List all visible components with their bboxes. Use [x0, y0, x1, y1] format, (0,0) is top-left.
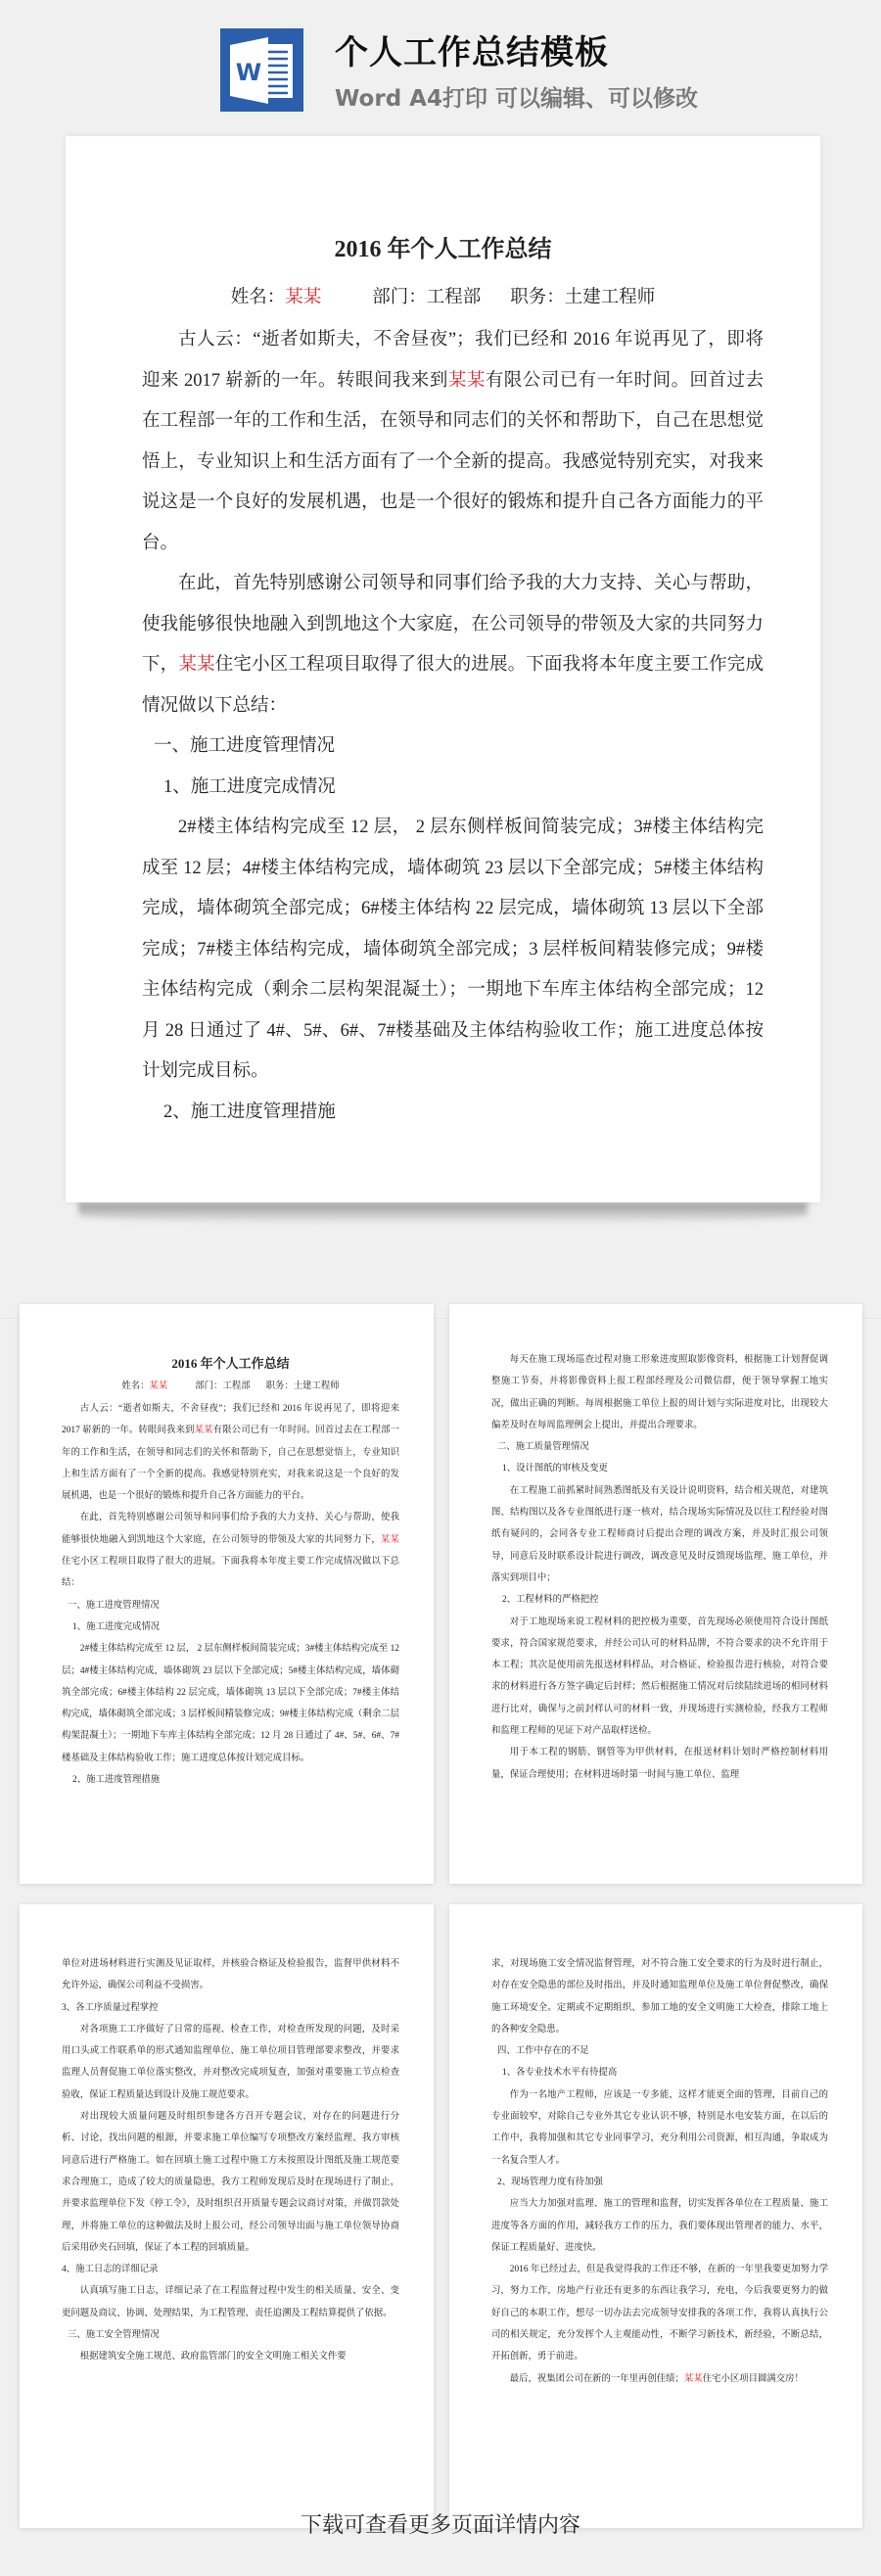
subsection-heading: 2、工程材料的严格把控: [491, 1589, 828, 1611]
dept-label: 部门：: [372, 288, 427, 307]
subsection-heading: 2、现场管理力度有待加强: [491, 2172, 828, 2193]
paragraph: 作为一名地产工程师，应该是一专多能，这样才能更全面的管理，目前自己的专业面较窄，…: [491, 2084, 828, 2172]
subsection-heading: 4、施工日志的详细记录: [62, 2259, 399, 2280]
paragraph: 古人云：“逝者如斯夫，不舍昼夜”；我们已经和 2016 年说再见了，即将迎来 2…: [142, 320, 764, 564]
page-thumbnail-1: 2016 年个人工作总结 姓名：某某部门：工程部职务：土建工程师 古人云：“逝者…: [20, 1304, 434, 1884]
paragraph: 在此，首先特别感谢公司领导和同事们给予我的大力支持、关心与帮助，使我能够很快地融…: [62, 1507, 399, 1594]
document-title: 2016 年个人工作总结: [66, 229, 820, 263]
paragraph: 单位对进场材料进行实测及见证取样，并核验合格证及检验报告，监督甲供材料不允许外运…: [62, 1953, 399, 1997]
role-label: 职务：: [510, 288, 565, 307]
role-value: 土建工程师: [565, 288, 656, 307]
paragraph: 在此，首先特别感谢公司领导和同事们给予我的大力支持、关心与帮助，使我能够很快地融…: [142, 564, 764, 726]
page-thumbnail-2: 每天在施工现场巡查过程对施工形象进度照取影像资料，根据施工计划督促调整施工节奏，…: [449, 1304, 862, 1884]
name-label: 姓名：: [231, 288, 286, 307]
section-heading: 一、施工进度管理情况: [142, 726, 764, 768]
subsection-heading: 3、各工序质量过程掌控: [62, 1997, 399, 2019]
paragraph: 对各项施工工序做好了日常的巡视、检查工作，对检查所发现的问题，及时采用口头或工作…: [62, 2019, 399, 2106]
paragraph: 认真填写施工日志，详细记录了在工程监督过程中发生的相关质量、安全、变更问题及商议…: [62, 2280, 399, 2324]
subsection-heading: 1、各专业技术水平有待提高: [491, 2062, 828, 2084]
paragraph: 根据建筑安全施工规范、政府监管部门的安全文明施工相关文件要: [62, 2346, 399, 2367]
page-thumbnail-4: 求，对现场施工安全情况监督管理，对不符合施工安全要求的行为及时进行制止，对存在安…: [449, 1904, 862, 2528]
download-more-text: 下载可查看更多页面详情内容: [0, 2508, 881, 2539]
page-thumbnail-3: 单位对进场材料进行实测及见证取样，并核验合格证及检验报告，监督甲供材料不允许外运…: [20, 1904, 434, 2528]
paragraph: 应当大力加强对监理、施工的管理和监督，切实发挥各单位在工程质量、施工进度等各方面…: [491, 2193, 828, 2259]
subsection-heading: 1、设计图纸的审核及变更: [491, 1458, 828, 1479]
paragraph: 每天在施工现场巡查过程对施工形象进度照取影像资料，根据施工计划督促调整施工节奏，…: [491, 1349, 828, 1436]
paragraph: 2#楼主体结构完成至 12 层， 2 层东侧样板间简装完成；3#楼主体结构完成至…: [62, 1638, 399, 1769]
dept-value: 工程部: [427, 288, 482, 307]
paragraph: 最后，祝集团公司在新的一年里再创佳绩；某某住宅小区项目圆满交房！: [491, 2368, 828, 2390]
paragraph: 古人云：“逝者如斯夫，不舍昼夜”；我们已经和 2016 年说再见了，即将迎来 2…: [62, 1398, 399, 1507]
paragraph: 对出现较大质量问题及时组织参建各方召开专题会议，对存在的问题进行分析、讨论，找出…: [62, 2106, 399, 2259]
subsection-heading: 1、施工进度完成情况: [142, 768, 764, 809]
page-shadow: [78, 1202, 808, 1224]
paragraph: 用于本工程的钢筋、钢管等为甲供材料，在报送材料计划时严格控制材料用量，保证合理使…: [491, 1742, 828, 1786]
paragraph: 对于工地现场来说工程材料的把控极为重要，首先现场必须使用符合设计图纸要求，符合国…: [491, 1612, 828, 1743]
document-meta: 姓名：某某部门：工程部职务：土建工程师: [62, 1375, 399, 1398]
template-title: 个人工作总结模板: [335, 25, 609, 73]
document-body: 古人云：“逝者如斯夫，不舍昼夜”；我们已经和 2016 年说再见了，即将迎来 2…: [66, 320, 820, 1133]
section-heading: 三、施工安全管理情况: [62, 2324, 399, 2346]
paragraph: 2016 年已经过去，但是我觉得我的工作还不够，在新的一年里我要更加努力学习，努…: [491, 2259, 828, 2367]
svg-text:W: W: [236, 59, 261, 86]
section-heading: 四、工作中存在的不足: [491, 2040, 828, 2062]
subsection-heading: 1、施工进度完成情况: [62, 1616, 399, 1638]
subsection-heading: 2、施工进度管理措施: [142, 1093, 764, 1134]
paragraph: 在工程施工前抓紧时间熟悉图纸及有关设计说明资料，结合相关规范，对建筑图、结构图以…: [491, 1480, 828, 1589]
subsection-heading: 2、施工进度管理措施: [62, 1769, 399, 1791]
document-title: 2016 年个人工作总结: [62, 1353, 399, 1375]
template-subtitle: Word A4打印 可以编辑、可以修改: [335, 80, 698, 113]
paragraph: 2#楼主体结构完成至 12 层， 2 层东侧样板间简装完成；3#楼主体结构完成至…: [142, 808, 764, 1093]
paragraph: 求，对现场施工安全情况监督管理，对不符合施工安全要求的行为及时进行制止，对存在安…: [491, 1953, 828, 2040]
name-value: 某某: [285, 288, 321, 307]
section-heading: 二、施工质量管理情况: [491, 1436, 828, 1458]
section-heading: 一、施工进度管理情况: [62, 1595, 399, 1616]
document-meta: 姓名：某某部门：工程部职务：土建工程师: [66, 283, 820, 308]
word-document-icon: W: [220, 28, 303, 112]
main-page-preview: 2016 年个人工作总结 姓名：某某部门：工程部职务：土建工程师 古人云：“逝者…: [66, 136, 820, 1202]
